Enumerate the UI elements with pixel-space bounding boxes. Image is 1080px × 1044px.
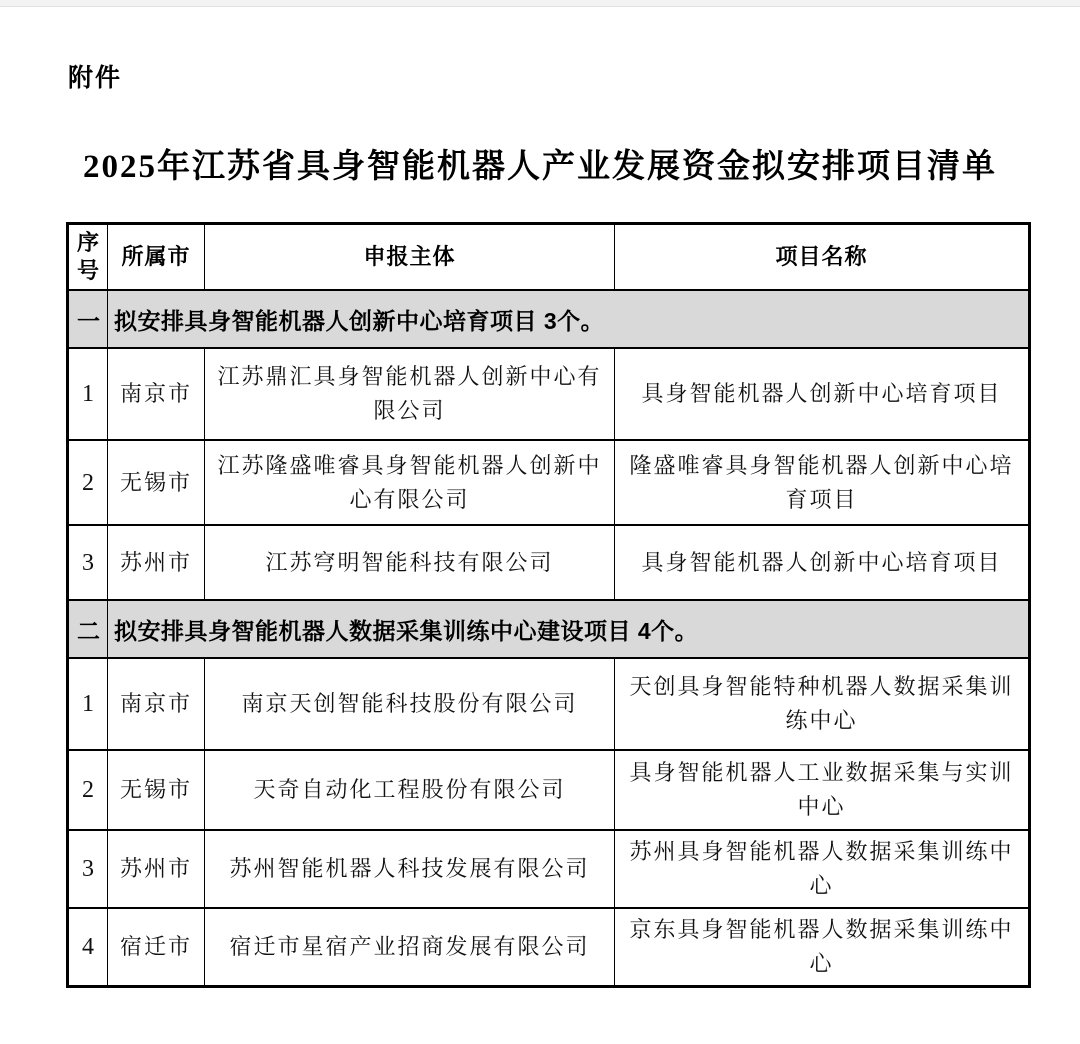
table-row: 2 无锡市 天奇自动化工程股份有限公司 具身智能机器人工业数据采集与实训中心	[68, 750, 1030, 830]
column-header-applicant: 申报主体	[205, 224, 615, 291]
table-row: 1 南京市 江苏鼎汇具身智能机器人创新中心有限公司 具身智能机器人创新中心培育项…	[68, 348, 1030, 440]
table-row: 3 苏州市 江苏穹明智能科技有限公司 具身智能机器人创新中心培育项目	[68, 525, 1030, 600]
cell-no: 4	[68, 908, 108, 987]
cell-applicant: 江苏穹明智能科技有限公司	[205, 525, 615, 600]
cell-project: 具身智能机器人创新中心培育项目	[615, 525, 1030, 600]
cell-project: 苏州具身智能机器人数据采集训练中心	[615, 830, 1030, 908]
cell-no: 1	[68, 348, 108, 440]
table-row: 3 苏州市 苏州智能机器人科技发展有限公司 苏州具身智能机器人数据采集训练中心	[68, 830, 1030, 908]
cell-no: 2	[68, 750, 108, 830]
section-label: 拟安排具身智能机器人创新中心培育项目 3个。	[108, 290, 1030, 348]
cell-no: 3	[68, 830, 108, 908]
cell-no: 3	[68, 525, 108, 600]
cell-applicant: 苏州智能机器人科技发展有限公司	[205, 830, 615, 908]
section-row-1: 一 拟安排具身智能机器人创新中心培育项目 3个。	[68, 290, 1030, 348]
column-header-no: 序号	[68, 224, 108, 291]
cell-no: 2	[68, 440, 108, 525]
cell-applicant: 江苏隆盛唯睿具身智能机器人创新中心有限公司	[205, 440, 615, 525]
cell-project: 具身智能机器人工业数据采集与实训中心	[615, 750, 1030, 830]
page-title: 2025年江苏省具身智能机器人产业发展资金拟安排项目清单	[0, 140, 1080, 187]
cell-city: 无锡市	[108, 750, 205, 830]
cell-applicant: 南京天创智能科技股份有限公司	[205, 658, 615, 750]
cell-project: 京东具身智能机器人数据采集训练中心	[615, 908, 1030, 987]
cell-project: 天创具身智能特种机器人数据采集训练中心	[615, 658, 1030, 750]
cell-applicant: 天奇自动化工程股份有限公司	[205, 750, 615, 830]
section-row-2: 二 拟安排具身智能机器人数据采集训练中心建设项目 4个。	[68, 600, 1030, 658]
table-row: 4 宿迁市 宿迁市星宿产业招商发展有限公司 京东具身智能机器人数据采集训练中心	[68, 908, 1030, 987]
project-list-table: 序号 所属市 申报主体 项目名称 一 拟安排具身智能机器人创新中心培育项目 3个…	[66, 222, 1031, 988]
attachment-label: 附件	[68, 58, 122, 94]
cell-city: 宿迁市	[108, 908, 205, 987]
cell-city: 南京市	[108, 658, 205, 750]
cell-applicant: 江苏鼎汇具身智能机器人创新中心有限公司	[205, 348, 615, 440]
page-top-edge	[0, 0, 1080, 7]
cell-city: 苏州市	[108, 830, 205, 908]
table-row: 1 南京市 南京天创智能科技股份有限公司 天创具身智能特种机器人数据采集训练中心	[68, 658, 1030, 750]
column-header-city: 所属市	[108, 224, 205, 291]
cell-project: 隆盛唯睿具身智能机器人创新中心培育项目	[615, 440, 1030, 525]
section-index: 一	[68, 290, 108, 348]
cell-city: 无锡市	[108, 440, 205, 525]
cell-city: 苏州市	[108, 525, 205, 600]
section-index: 二	[68, 600, 108, 658]
cell-no: 1	[68, 658, 108, 750]
cell-applicant: 宿迁市星宿产业招商发展有限公司	[205, 908, 615, 987]
cell-city: 南京市	[108, 348, 205, 440]
section-label: 拟安排具身智能机器人数据采集训练中心建设项目 4个。	[108, 600, 1030, 658]
cell-project: 具身智能机器人创新中心培育项目	[615, 348, 1030, 440]
table-header-row: 序号 所属市 申报主体 项目名称	[68, 224, 1030, 291]
table-row: 2 无锡市 江苏隆盛唯睿具身智能机器人创新中心有限公司 隆盛唯睿具身智能机器人创…	[68, 440, 1030, 525]
column-header-project: 项目名称	[615, 224, 1030, 291]
